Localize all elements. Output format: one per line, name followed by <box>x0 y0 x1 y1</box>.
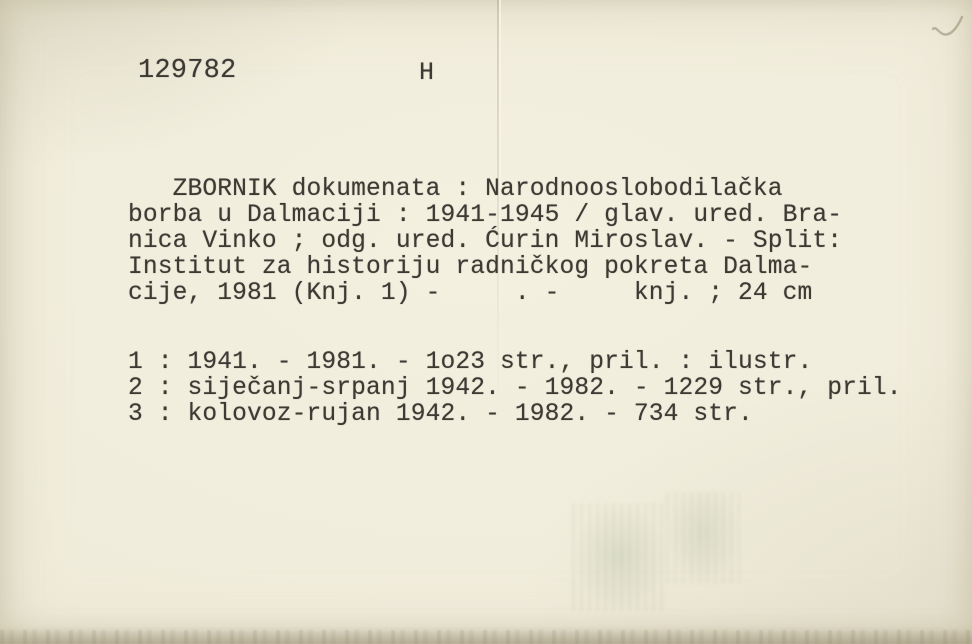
description-line: ZBORNIK dokumenata : Narodnooslobodilačk… <box>128 177 842 203</box>
volume-entry-line: 1 : 1941. - 1981. - 1o23 str., pril. : i… <box>128 350 902 376</box>
description-line: nica Vinko ; odg. ured. Ćurin Miroslav. … <box>128 229 842 255</box>
volume-list: 1 : 1941. - 1981. - 1o23 str., pril. : i… <box>128 350 902 428</box>
volume-entry-line: 3 : kolovoz-rujan 1942. - 1982. - 734 st… <box>128 402 902 428</box>
ink-bleed-smudge <box>666 492 740 584</box>
handwritten-checkmark <box>925 8 970 42</box>
call-number: 129782 <box>138 56 236 86</box>
vertical-crease-highlight <box>499 0 501 380</box>
bibliographic-description: ZBORNIK dokumenata : Narodnooslobodilačk… <box>128 177 842 307</box>
worn-bottom-edge <box>0 630 972 644</box>
classification-letter: H <box>419 58 434 87</box>
catalog-card-scan: 129782 H ZBORNIK dokumenata : Narodnoosl… <box>0 0 972 644</box>
description-line: borba u Dalmaciji : 1941-1945 / glav. ur… <box>128 203 842 229</box>
description-line: Institut za historiju radničkog pokreta … <box>128 255 842 281</box>
volume-entry-line: 2 : siječanj-srpanj 1942. - 1982. - 1229… <box>128 376 902 402</box>
ink-bleed-smudge <box>572 503 668 611</box>
description-line: cije, 1981 (Knj. 1) - . - knj. ; 24 cm <box>128 281 842 307</box>
